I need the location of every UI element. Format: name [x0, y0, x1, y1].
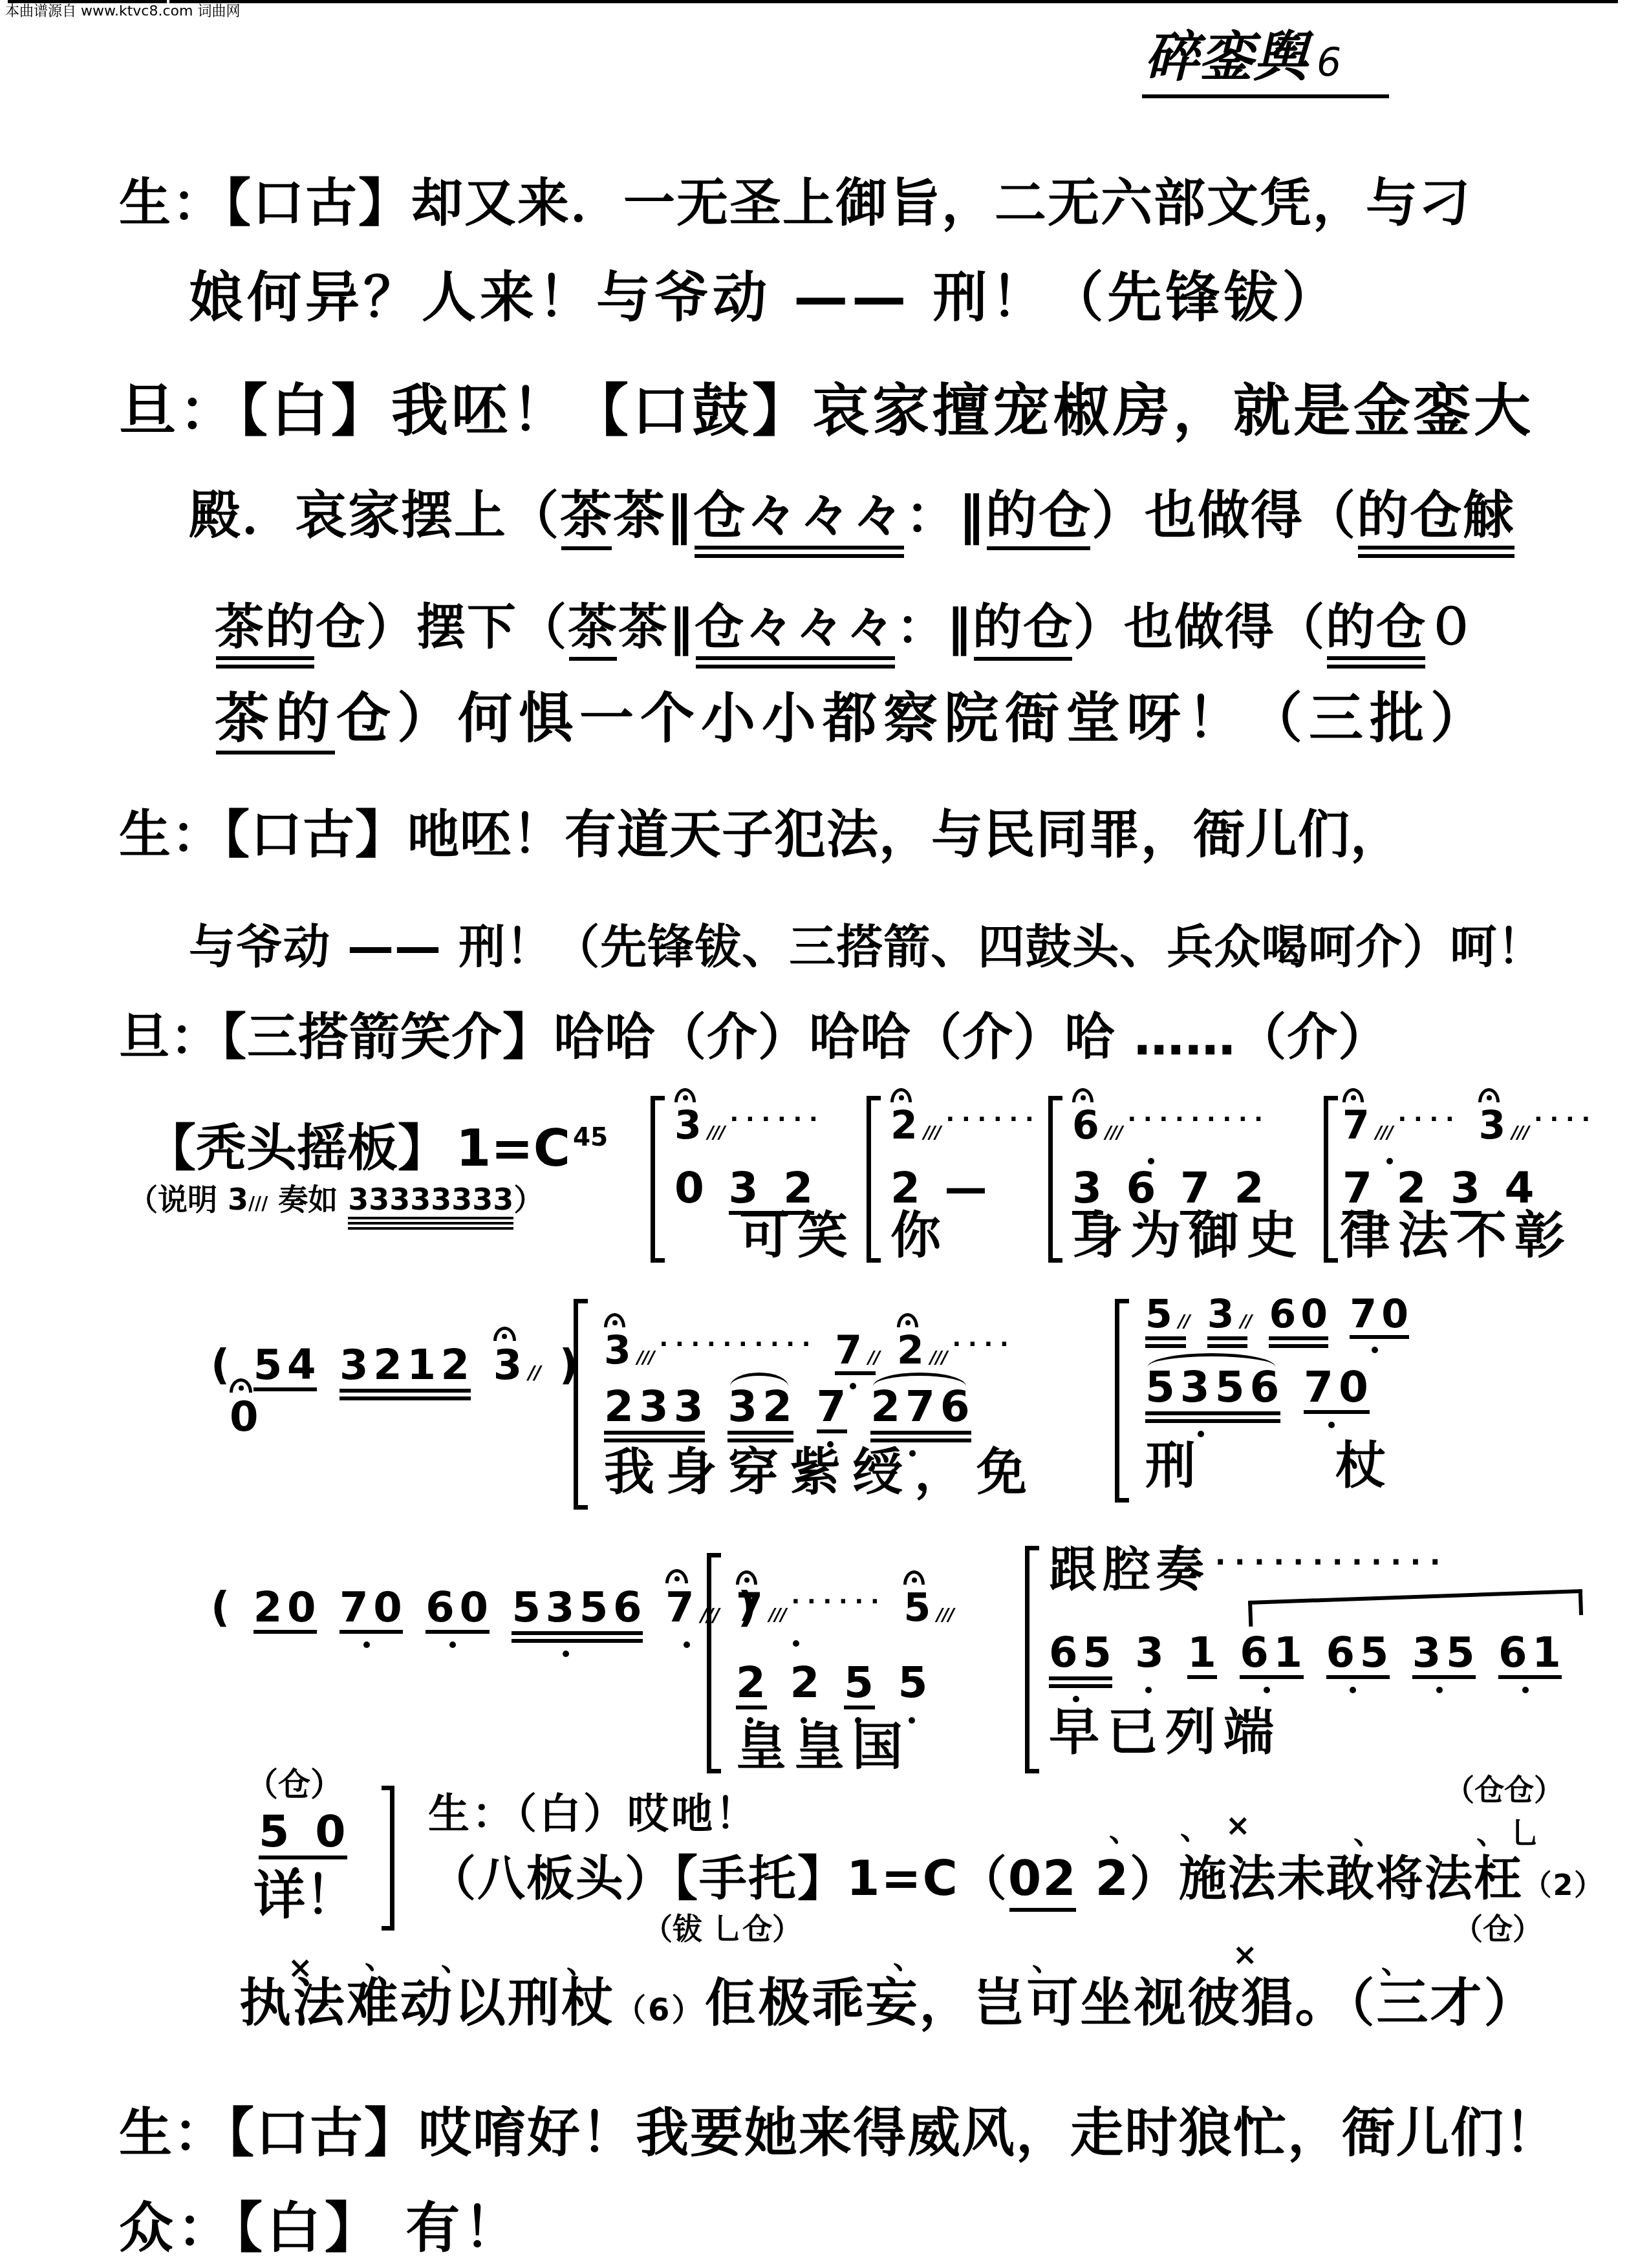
continuation-dots: ···· [953, 1331, 1016, 1358]
fermata-icon [890, 1088, 912, 1102]
note-digits: 0 [674, 1163, 709, 1213]
fermata-icon [903, 1570, 925, 1585]
note-digits: 4 [1505, 1163, 1540, 1213]
lower-octave-dot-icon [1264, 1687, 1270, 1693]
measure-notes-row: 653161653561 [1049, 1632, 1584, 1674]
lower-octave-dot-icon [1145, 1687, 1152, 1693]
script-line-7: 生：【口古】吔呸！有道天子犯法，与民同罪，衙儿们， [119, 809, 1403, 861]
note-digits: — [945, 1163, 993, 1213]
note-digits: 3 [674, 1103, 706, 1148]
underlined-percussion-segment: 茶的 [215, 603, 316, 652]
measure-notes-row: 3672 [1072, 1167, 1288, 1210]
jianpu-note-group: 1 [1187, 1632, 1221, 1674]
note-digits: 2 [1397, 1163, 1432, 1213]
measure-r1-3: 6///········· 3672 身为御史 [1048, 1096, 1319, 1263]
measure-r2-1: 3///··········7//2///···· 233327276 我身穿紫… [574, 1299, 1101, 1510]
text-segment: （说明 3 [128, 1182, 248, 1217]
lower-octave-dot-icon [1328, 1422, 1335, 1428]
beat-mark: 、 [566, 1947, 596, 1977]
note-digits: 7 [1342, 1103, 1374, 1148]
text-segment: 生：（白）哎吔！ [428, 1790, 759, 1838]
jianpu-note-group: 3 2 [729, 1167, 819, 1210]
note-digits: 6 [1126, 1163, 1161, 1213]
jianpu-note-group: 3 [1450, 1167, 1485, 1210]
note-digits: 2 [790, 1658, 825, 1707]
note-digits: 5 0 [259, 1806, 351, 1857]
lower-octave-dot-icon [563, 1651, 569, 1657]
jianpu-note-group: 3212 [339, 1345, 475, 1386]
script-line-4: 殿．哀家摆上（茶茶‖仓々々々：‖的仓）也做得（的仓觩 [189, 489, 1516, 541]
note-digits: 7 [665, 1584, 699, 1632]
tremolo-mark: /// [637, 1348, 654, 1368]
lower-octave-dot-icon [1198, 1431, 1204, 1437]
percussion-annotation: （钹 乚仓） [643, 1914, 802, 1943]
lower-octave-dot-icon [684, 1642, 690, 1648]
measure-notes-row: 233327276 [604, 1385, 994, 1428]
measure-r2-2: 5//3//6070 535670 刑 杖 [1115, 1299, 1449, 1503]
continuation-dots: ······ [946, 1106, 1041, 1133]
jianpu-note-group: 3// [1207, 1295, 1252, 1334]
jianpu-note-group: 35 [1412, 1632, 1480, 1674]
note-digits: 233 [604, 1382, 709, 1431]
note-digits: 32 [727, 1382, 797, 1431]
beat-mark: 、 [1032, 1945, 1062, 1974]
jianpu-note-group: ( [211, 1345, 235, 1386]
tremolo-mark: /// [769, 1605, 786, 1625]
note-digits: 3 [1135, 1629, 1169, 1677]
fermata-icon [665, 1569, 688, 1583]
text-segment: ：‖ [905, 485, 986, 545]
jianpu-note-group: 2 [790, 1662, 825, 1704]
jianpu-note-group: 54 [253, 1345, 321, 1386]
measure-r1-1: 3///······ 03 2 可笑 [651, 1096, 864, 1263]
continuation-dots: ······ [792, 1589, 887, 1615]
beat-mark: 、 [441, 1945, 471, 1974]
continuation-dots: ········· [1128, 1106, 1270, 1133]
jianpu-note-group: 2///···· [897, 1331, 1015, 1370]
note-digits: 5356 [1145, 1362, 1284, 1412]
measure-lyrics: 早已列端 [1049, 1707, 1282, 1758]
fermata-icon [1342, 1088, 1364, 1102]
jianpu-note-group: 5356 [512, 1587, 647, 1629]
jianpu-note-group: 32 [727, 1385, 797, 1428]
jianpu-note-group: 7///···· [1342, 1106, 1461, 1145]
note-digits: 5 [1145, 1292, 1177, 1337]
underlined-percussion-segment: 的仓 [986, 489, 1092, 541]
strong-beat-mark: × [1233, 1940, 1258, 1969]
fermata-icon [674, 1088, 696, 1102]
note-digits: 7 [817, 1382, 852, 1431]
accompaniment-instruction: 跟腔奏············ [1049, 1546, 1471, 1594]
beat-mark: 、 [1109, 1815, 1139, 1845]
jianpu-note-group: 3///···· [1478, 1106, 1597, 1145]
note-digits: 2 [1234, 1163, 1269, 1213]
jianpu-note-group: 3 [1135, 1632, 1169, 1674]
text-segment: 生：【口古】却又来．一无圣上御旨，二无六部文凭，与刁 [119, 173, 1472, 233]
strong-beat-mark: × [288, 1952, 313, 1982]
fermata-icon [493, 1327, 516, 1341]
note-digits: 2 [890, 1103, 922, 1148]
continuation-dots: ···· [1398, 1106, 1461, 1133]
measure-r3-2: 跟腔奏············ 653161653561 早已列端 [1025, 1546, 1587, 1773]
underlined-percussion-segment: 的仓 [973, 603, 1073, 652]
tremolo-mark: // [1178, 1312, 1190, 1332]
measure-notes-row: 03 2 [674, 1167, 837, 1210]
measure-notes-row: 2255 [736, 1662, 952, 1704]
measure-ornament-row: 7///······5/// [736, 1589, 971, 1627]
script-line-13: 生：【口古】哎唷好！我要她来得威风，走时狼忙，衙儿们！ [119, 2107, 1559, 2160]
beat-mark: 、 [1180, 1813, 1210, 1843]
measure-ornament-row: 5//3//6070 [1145, 1295, 1430, 1334]
fermata-icon [736, 1570, 757, 1585]
text-segment: 仓）何惧一个小小都察院衙堂呀！（三批） [336, 687, 1491, 750]
underlined-percussion-segment: 茶 [568, 603, 618, 652]
note-digits: 7 [736, 1585, 768, 1631]
tremolo-mark: /// [1511, 1123, 1529, 1143]
lower-octave-dot-icon [1522, 1687, 1529, 1693]
underlined-percussion-segment: 仓々々々 [693, 489, 905, 541]
jianpu-note-group: 70 [339, 1587, 407, 1629]
note-digits: 65 [1326, 1629, 1394, 1677]
text-segment: 奏如 [268, 1182, 348, 1217]
note-digits: 3212 [339, 1342, 475, 1389]
tremolo-mark: /// [936, 1605, 954, 1625]
lower-octave-dot-icon [1073, 1696, 1079, 1702]
lower-octave-dot-icon [1436, 1687, 1443, 1693]
note-digits: 3 [493, 1342, 527, 1389]
lower-octave-dot-icon [1350, 1687, 1356, 1693]
note-digits: 54 [253, 1342, 321, 1389]
instrumental-intro-row3: (20706053567///) [211, 1587, 780, 1629]
script-line-3: 旦：【白】我呸！【口鼓】哀家擅宠椒房，就是金銮大 [119, 382, 1534, 439]
tremolo-mark: // [868, 1348, 879, 1368]
note-digits: 3 [604, 1328, 636, 1373]
measure-lyrics: 我身穿紫绶，免 [604, 1448, 1039, 1498]
jianpu-note-group: 5356 [1145, 1366, 1284, 1409]
underlined-percussion-segment: 茶的 [215, 691, 336, 745]
underlined-percussion-segment: 33333333 [348, 1184, 513, 1214]
closing-percussion-cue: （仓） [246, 1768, 343, 1801]
text-segment: 众：【白】 有！ [119, 2196, 522, 2260]
closing-lyric: 详！ [253, 1870, 357, 1921]
note-digits: 7 [835, 1328, 867, 1373]
closing-bracket [378, 1786, 394, 1931]
slur-icon [1148, 1353, 1275, 1367]
continuation-dots: ···· [1534, 1106, 1597, 1133]
script-line-1: 生：【口古】却又来．一无圣上御旨，二无六部文凭，与刁 [119, 177, 1472, 229]
note-digits: 1 [1187, 1629, 1221, 1677]
jianpu-note-group: 5 0 [259, 1810, 351, 1854]
measure-lyrics: 身为御史 [1072, 1211, 1305, 1261]
fermata-icon [1072, 1088, 1094, 1102]
measure-lyrics: 可笑 [739, 1211, 856, 1261]
measure-lyrics: 刑 杖 [1145, 1441, 1399, 1492]
jianpu-note-group: 276 [870, 1385, 975, 1428]
key-superscript: 45 [573, 1123, 608, 1152]
script-line-14: 众：【白】 有！ [119, 2201, 522, 2255]
text-segment: 殿．哀家摆上（ [189, 485, 560, 545]
page-number: 6 [1317, 40, 1341, 85]
measure-ornament-row: 2///······ [890, 1106, 1058, 1145]
underlined-percussion-segment: 02 [1008, 1855, 1077, 1903]
continuation-dots: ············ [1215, 1546, 1449, 1579]
jianpu-note-group: 61 [1240, 1632, 1307, 1674]
fermata-icon [1478, 1088, 1500, 1102]
text-segment: 生：【口古】哎唷好！我要她来得威风，走时狼忙，衙儿们！ [119, 2102, 1559, 2164]
script-line-5: 茶的仓）摆下（茶茶‖仓々々々：‖的仓）也做得（的仓０ [215, 603, 1477, 652]
measure-lyrics: 律法不彰 [1340, 1211, 1573, 1261]
measure-r1-2: 2///······ 2— 你 [867, 1096, 1042, 1263]
jianpu-note-group: 7// [835, 1331, 879, 1370]
note-digits: 70 [1350, 1292, 1413, 1337]
note-digits: 65 [1049, 1629, 1116, 1677]
note-digits: 2 [897, 1328, 929, 1373]
jianpu-note-group: 0 [674, 1167, 709, 1210]
text-segment: 仓）摆下（ [316, 598, 568, 656]
jianpu-note-group: 7 [1342, 1167, 1377, 1210]
note-digits: 2 [736, 1658, 771, 1707]
jianpu-note-group: 65 [1049, 1632, 1116, 1674]
text-segment: （6） [615, 1992, 704, 2028]
jianpu-note-group: 5 [844, 1662, 879, 1704]
lower-octave-dot-icon [363, 1642, 370, 1648]
tremolo-mark: /// [930, 1348, 947, 1368]
note-digits: 60 [426, 1584, 493, 1632]
note-digits: 跟腔奏 [1049, 1542, 1210, 1598]
jianpu-note-group: 65 [1326, 1632, 1394, 1674]
jianpu-note-group: 3// [493, 1345, 541, 1386]
strong-beat-mark: × [1225, 1810, 1251, 1840]
text-segment: （三才） [1348, 1973, 1537, 2033]
jianpu-note-group: 2 [890, 1167, 925, 1210]
jianpu-note-group: 2 [736, 1662, 771, 1704]
measure-notes-row: 535670 [1145, 1366, 1392, 1409]
tremolo-mark: /// [923, 1123, 941, 1143]
jianpu-note-group: 2 [1397, 1167, 1432, 1210]
beat-mark: 、 [365, 1943, 394, 1973]
jianpu-note-group: 6 [1126, 1167, 1161, 1210]
tremolo-mark: // [528, 1362, 541, 1384]
text-segment: 2）施法未敢将法枉 [1077, 1851, 1523, 1907]
page-title: 碎銮舆6 [1145, 30, 1341, 84]
continuation-dots: ······ [730, 1106, 825, 1133]
text-segment: ）也做得（ [1092, 485, 1357, 545]
lower-octave-dot-icon [1372, 1347, 1378, 1353]
jianpu-note-group: 0 [230, 1396, 263, 1438]
underlined-percussion-segment: 的仓觩 [1357, 489, 1516, 541]
percussion-annotation: （仓仓） [1445, 1775, 1564, 1804]
note-digits: 70 [1304, 1362, 1374, 1412]
note-digits: 20 [253, 1584, 321, 1632]
beat-mark: 、 [1476, 1818, 1506, 1848]
text-segment: 与爷动 —— 刑！（先锋钹、三搭箭、四鼓头、兵众喝呵介）呵！ [189, 919, 1544, 974]
text-segment: ０ [1427, 598, 1477, 656]
fermata-icon [604, 1313, 625, 1327]
jianpu-note-group: 60 [1269, 1295, 1332, 1334]
jianpu-note-group: 61 [1498, 1632, 1566, 1674]
jianpu-note-group: 2 [1234, 1167, 1269, 1210]
jianpu-note-group: 70 [1350, 1295, 1413, 1334]
note-digits: 5 [898, 1658, 933, 1707]
measure-notes-row: 2— [890, 1167, 1011, 1210]
text-segment: 旦：【白】我呸！【口鼓】哀家擅宠椒房，就是金銮大 [119, 377, 1534, 444]
beat-mark: 乚 [1510, 1818, 1540, 1848]
note-digits: 5356 [512, 1584, 647, 1632]
text-segment: 娘何异？人来！与爷动 —— 刑！（先锋钹） [189, 266, 1341, 329]
note-digits: 3 [1072, 1163, 1107, 1213]
closing-notes: 5 0 [259, 1810, 371, 1854]
slur-icon [873, 1373, 966, 1386]
underlined-percussion-segment: 的仓 [1326, 603, 1427, 652]
script-line-9: 旦：【三搭箭笑介】哈哈（介）哈哈（介）哈 ……（介） [119, 1012, 1389, 1063]
script-line-11: （八板头）【手托】1=C（02 2）施法未敢将法枉（2） [428, 1855, 1604, 1903]
note-digits: 2 [890, 1163, 925, 1213]
measure-r3-1: 7///······5/// 2255 皇皇国 [707, 1553, 1021, 1773]
lower-octave-dot-icon [449, 1642, 456, 1648]
text-segment: （八板头）【手托】1=C（ [428, 1851, 1008, 1907]
key-signature: 1=C [456, 1120, 570, 1178]
script-line-6: 茶的仓）何惧一个小小都察院衙堂呀！（三批） [215, 691, 1491, 745]
measure-r1-4: 7///····3///···· 7234 律法不彰 [1324, 1096, 1580, 1263]
jianpu-note-group: — [945, 1167, 993, 1210]
note-digits: 5 [903, 1585, 935, 1631]
text-segment: 茶‖ [618, 598, 695, 656]
text-segment: 旦：【三搭箭笑介】哈哈（介）哈哈（介）哈 ……（介） [119, 1009, 1389, 1067]
note-digits: 276 [870, 1382, 975, 1431]
jianpu-note-group: 3 [1072, 1167, 1107, 1210]
beat-mark: 、 [893, 1943, 923, 1973]
tremolo-mark: /// [1105, 1123, 1123, 1143]
measure-lyrics: 皇皇国 [736, 1722, 911, 1773]
measure-ornament-row: 7///····3///···· [1342, 1106, 1615, 1145]
note-digits: 3 2 [729, 1163, 819, 1213]
note-digits: 5 [844, 1658, 879, 1707]
jianpu-note-group: 60 [426, 1587, 493, 1629]
text-segment: ：‖ [896, 598, 973, 656]
measure-ornament-row: 3///··········7//2///···· [604, 1331, 1033, 1370]
aria-type-label: 【秃头摇板】1=C45 [145, 1124, 608, 1174]
jianpu-note-group: 5/// [903, 1589, 954, 1627]
instrumental-intro-row2: (5432123//) [211, 1345, 601, 1386]
text-segment: 生：【口古】吔呸！有道天子犯法，与民同罪，衙儿们， [119, 804, 1403, 864]
note-digits: 61 [1498, 1629, 1566, 1677]
jianpu-note-group: 233 [604, 1385, 709, 1428]
note-digits: 60 [1269, 1292, 1332, 1337]
text-segment: ） [513, 1182, 543, 1217]
note-digits: 3 [1450, 1163, 1485, 1213]
text-segment: （2） [1523, 1869, 1604, 1902]
note-digits: 7 [1342, 1163, 1377, 1213]
fermata-icon [897, 1313, 918, 1327]
beat-mark: 、 [1381, 1947, 1411, 1977]
underlined-percussion-segment: 仓々々々 [695, 603, 896, 652]
text-segment: ）也做得（ [1073, 598, 1326, 656]
jianpu-note-group: 70 [1304, 1366, 1374, 1409]
note-digits: ( [211, 1342, 235, 1389]
title-text: 碎銮舆 [1145, 25, 1308, 89]
jianpu-note-group: ( [211, 1587, 235, 1629]
jianpu-note-group: 3///······ [674, 1106, 824, 1145]
jianpu-note-group: 跟腔奏············ [1049, 1546, 1449, 1594]
note-digits: 61 [1240, 1629, 1307, 1677]
jianpu-note-group: 5 [898, 1662, 933, 1704]
note-digits: 0 [230, 1393, 263, 1441]
title-underline [1142, 94, 1389, 98]
measure-notes-row: 7234 [1342, 1167, 1558, 1210]
jianpu-note-group: 7 [817, 1385, 852, 1428]
note-digits: 7 [1180, 1163, 1215, 1213]
note-digits: 3 [1478, 1103, 1510, 1148]
measure-ornament-row: 3///······ [674, 1106, 842, 1145]
source-watermark: 本曲谱源自 www.ktvc8.com 词曲网 [5, 5, 240, 19]
jianpu-note-group: 4 [1505, 1167, 1540, 1210]
jianpu-note-group: 20 [253, 1587, 321, 1629]
note-digits: ( [211, 1584, 235, 1632]
slur-icon [730, 1373, 788, 1386]
note-digits: 35 [1412, 1629, 1480, 1677]
text-segment: 茶‖ [613, 485, 693, 545]
measure-ornament-row: 6///········· [1072, 1106, 1288, 1145]
script-line-12: 执法难动以刑杖（6）佢极乖妄，岂可坐视彼猖。（三才） [239, 1977, 1537, 2029]
jianpu-note-group: 5// [1145, 1295, 1190, 1334]
intro-rest-row2: 0 [230, 1396, 282, 1438]
note-digits: 6 [1072, 1103, 1104, 1148]
jianpu-note-group: 7 [1180, 1167, 1215, 1210]
jianpu-note-group: 2///······ [890, 1106, 1040, 1145]
lower-octave-dot-icon [1386, 1158, 1393, 1164]
scan-top-border [8, 0, 1618, 3]
note-digits: 3 [1207, 1292, 1239, 1337]
tremolo-mark: /// [1375, 1123, 1393, 1143]
text-segment: 佢极乖妄，岂可坐视彼猖。 [704, 1973, 1348, 2033]
jianpu-note-group: 6///········· [1072, 1106, 1270, 1145]
measure-lyrics: 你 [890, 1211, 949, 1261]
note-digits: 70 [339, 1584, 407, 1632]
script-line-8: 与爷动 —— 刑！（先锋钹、三搭箭、四鼓头、兵众喝呵介）呵！ [189, 923, 1544, 970]
tremolo-explanation-note: （说明 3/// 奏如 33333333） [128, 1184, 543, 1214]
continuation-dots: ·········· [660, 1331, 818, 1358]
script-line-2: 娘何异？人来！与爷动 —— 刑！（先锋钹） [189, 270, 1341, 325]
tremolo-mark: /// [707, 1123, 725, 1143]
beat-mark: 、 [1353, 1818, 1383, 1848]
lower-octave-dot-icon [793, 1640, 799, 1647]
aria-name: 【秃头摇板】 [145, 1120, 448, 1178]
script-line-10: 生：（白）哎吔！ [428, 1793, 759, 1835]
tremolo-mark: // [1240, 1312, 1252, 1332]
jianpu-note-group: 7///······ [736, 1589, 886, 1627]
percussion-annotation: （仓） [1453, 1914, 1542, 1943]
jianpu-note-group: 3///·········· [604, 1331, 817, 1370]
text-segment: /// [248, 1193, 268, 1214]
underlined-percussion-segment: 茶 [560, 489, 613, 541]
